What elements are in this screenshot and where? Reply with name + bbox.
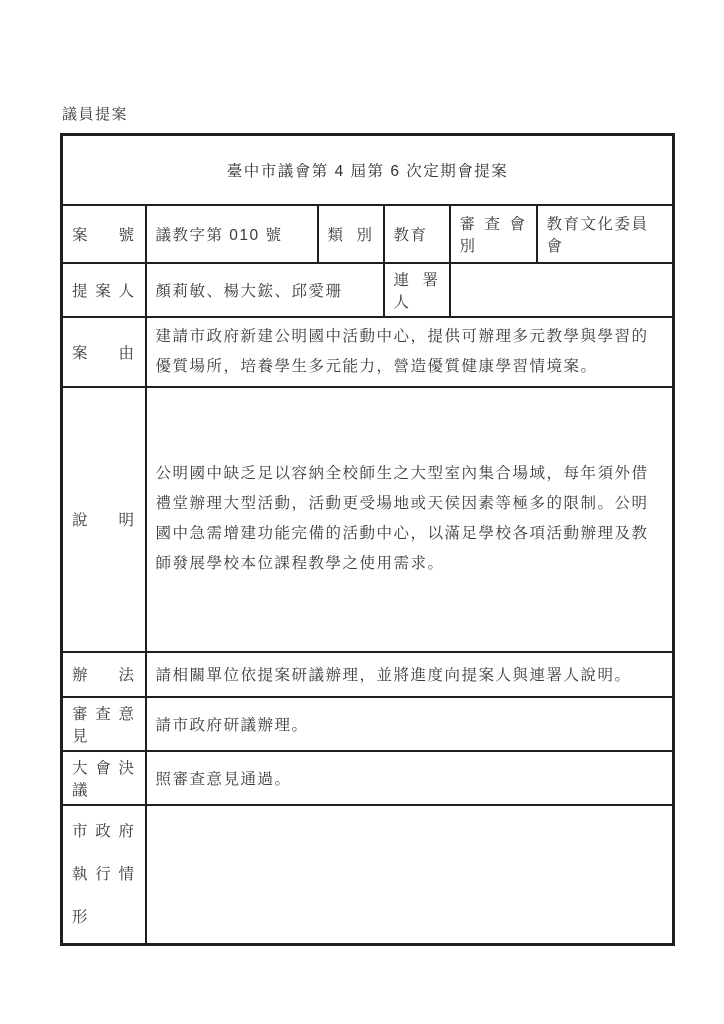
table-row: 說明 公明國中缺乏足以容納全校師生之大型室內集合場域，每年須外借禮堂辦理大型活動… xyxy=(62,387,674,652)
category-label: 類別 xyxy=(318,205,384,263)
document-type-label: 議員提案 xyxy=(62,103,128,124)
city-gov-execution-value xyxy=(146,805,674,945)
table-row: 臺中市議會第 4 屆第 6 次定期會提案 xyxy=(62,135,674,205)
explanation-value: 公明國中缺乏足以容納全校師生之大型室內集合場域，每年須外借禮堂辦理大型活動，活動… xyxy=(146,387,674,652)
table-row: 大會決議 照審查意見通過。 xyxy=(62,751,674,805)
proposal-form-table: 臺中市議會第 4 屆第 6 次定期會提案 案號 議教字第 010 號 類別 教育… xyxy=(60,133,675,946)
document-page: 議員提案 臺中市議會第 4 屆第 6 次定期會提案 案號 議教字第 010 號 … xyxy=(0,0,724,1024)
assembly-resolution-value: 照審查意見通過。 xyxy=(146,751,674,805)
table-row: 市政府 執行情形 xyxy=(62,805,674,945)
city-gov-execution-label-line1: 市政府 xyxy=(72,810,136,853)
cosigner-label: 連署人 xyxy=(384,263,450,317)
method-label: 辦法 xyxy=(62,652,146,697)
form-title: 臺中市議會第 4 屆第 6 次定期會提案 xyxy=(62,135,674,205)
assembly-resolution-label: 大會決議 xyxy=(62,751,146,805)
category-value: 教育 xyxy=(384,205,450,263)
review-committee-label: 審查會別 xyxy=(450,205,537,263)
table-row: 提案人 顏莉敏、楊大鋐、邱愛珊 連署人 xyxy=(62,263,674,317)
proposer-value: 顏莉敏、楊大鋐、邱愛珊 xyxy=(146,263,384,317)
proposer-label: 提案人 xyxy=(62,263,146,317)
subject-value: 建請市政府新建公明國中活動中心，提供可辦理多元教學與學習的優質場所，培養學生多元… xyxy=(146,317,674,387)
review-opinion-value: 請市政府研議辦理。 xyxy=(146,697,674,751)
review-committee-value: 教育文化委員會 xyxy=(537,205,674,263)
table-row: 辦法 請相關單位依提案研議辦理，並將進度向提案人與連署人說明。 xyxy=(62,652,674,697)
subject-label: 案由 xyxy=(62,317,146,387)
explanation-label: 說明 xyxy=(62,387,146,652)
table-row: 審查意見 請市政府研議辦理。 xyxy=(62,697,674,751)
cosigner-value xyxy=(450,263,674,317)
city-gov-execution-label-line2: 執行情形 xyxy=(72,853,136,939)
review-opinion-label: 審查意見 xyxy=(62,697,146,751)
method-value: 請相關單位依提案研議辦理，並將進度向提案人與連署人說明。 xyxy=(146,652,674,697)
case-number-label: 案號 xyxy=(62,205,146,263)
table-row: 案由 建請市政府新建公明國中活動中心，提供可辦理多元教學與學習的優質場所，培養學… xyxy=(62,317,674,387)
city-gov-execution-label: 市政府 執行情形 xyxy=(62,805,146,945)
case-number-value: 議教字第 010 號 xyxy=(146,205,318,263)
table-row: 案號 議教字第 010 號 類別 教育 審查會別 教育文化委員會 xyxy=(62,205,674,263)
